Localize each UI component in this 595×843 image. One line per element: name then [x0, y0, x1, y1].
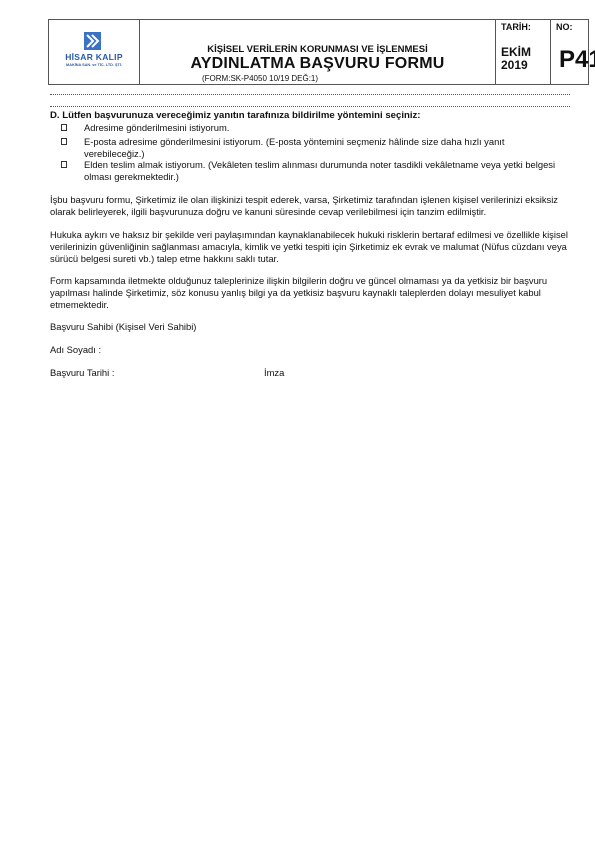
hisar-kalip-logo-icon	[84, 32, 101, 50]
number-cell: NO: P4101	[551, 20, 595, 84]
application-date-label: Başvuru Tarihi :	[50, 367, 114, 379]
date-year: 2019	[501, 59, 531, 72]
applicant-label: Başvuru Sahibi (Kişisel Veri Sahibi)	[50, 321, 570, 333]
name-label: Adı Soyadı :	[50, 344, 570, 356]
checkbox[interactable]	[61, 138, 67, 145]
form-number: P4101	[559, 46, 595, 74]
number-label: NO:	[556, 22, 573, 32]
form-header: HİSAR KALIP MAKİNA SAN. ve TİC. LTD. ŞTİ…	[48, 19, 589, 85]
section-d-heading: D. Lütfen başvurunuza vereceğimiz yanıtı…	[50, 110, 421, 121]
dotted-line	[50, 94, 570, 95]
option-label: Adresime gönderilmesini istiyorum.	[84, 122, 564, 134]
option-label: Elden teslim almak istiyorum. (Vekâleten…	[84, 159, 564, 183]
signature-label: İmza	[264, 367, 284, 379]
title-cell: KİŞİSEL VERİLERİN KORUNMASI VE İŞLENMESİ…	[140, 20, 496, 84]
checkbox[interactable]	[61, 161, 67, 168]
company-name: HİSAR KALIP	[49, 52, 139, 62]
option-label: E-posta adresime gönderilmesini istiyoru…	[84, 136, 564, 160]
paragraph: İşbu başvuru formu, Şirketimiz ile olan …	[50, 194, 570, 218]
paragraph: Hukuka aykırı ve haksız bir şekilde veri…	[50, 229, 570, 265]
title-line1: KİŞİSEL VERİLERİN KORUNMASI VE İŞLENMESİ	[140, 44, 495, 55]
paragraph: Form kapsamında iletmekte olduğunuz tale…	[50, 275, 570, 311]
dotted-line	[50, 106, 570, 107]
form-code: (FORM:SK-P4050 10/19 DEĞ:1)	[202, 74, 495, 83]
checkbox[interactable]	[61, 124, 67, 131]
company-subtitle: MAKİNA SAN. ve TİC. LTD. ŞTİ.	[49, 63, 139, 67]
date-label: TARİH:	[501, 22, 531, 32]
date-cell: TARİH: EKİM 2019	[496, 20, 551, 84]
logo-cell: HİSAR KALIP MAKİNA SAN. ve TİC. LTD. ŞTİ…	[49, 20, 140, 84]
date-value: EKİM 2019	[501, 46, 531, 72]
page-title: AYDINLATMA BAŞVURU FORMU	[140, 55, 495, 73]
